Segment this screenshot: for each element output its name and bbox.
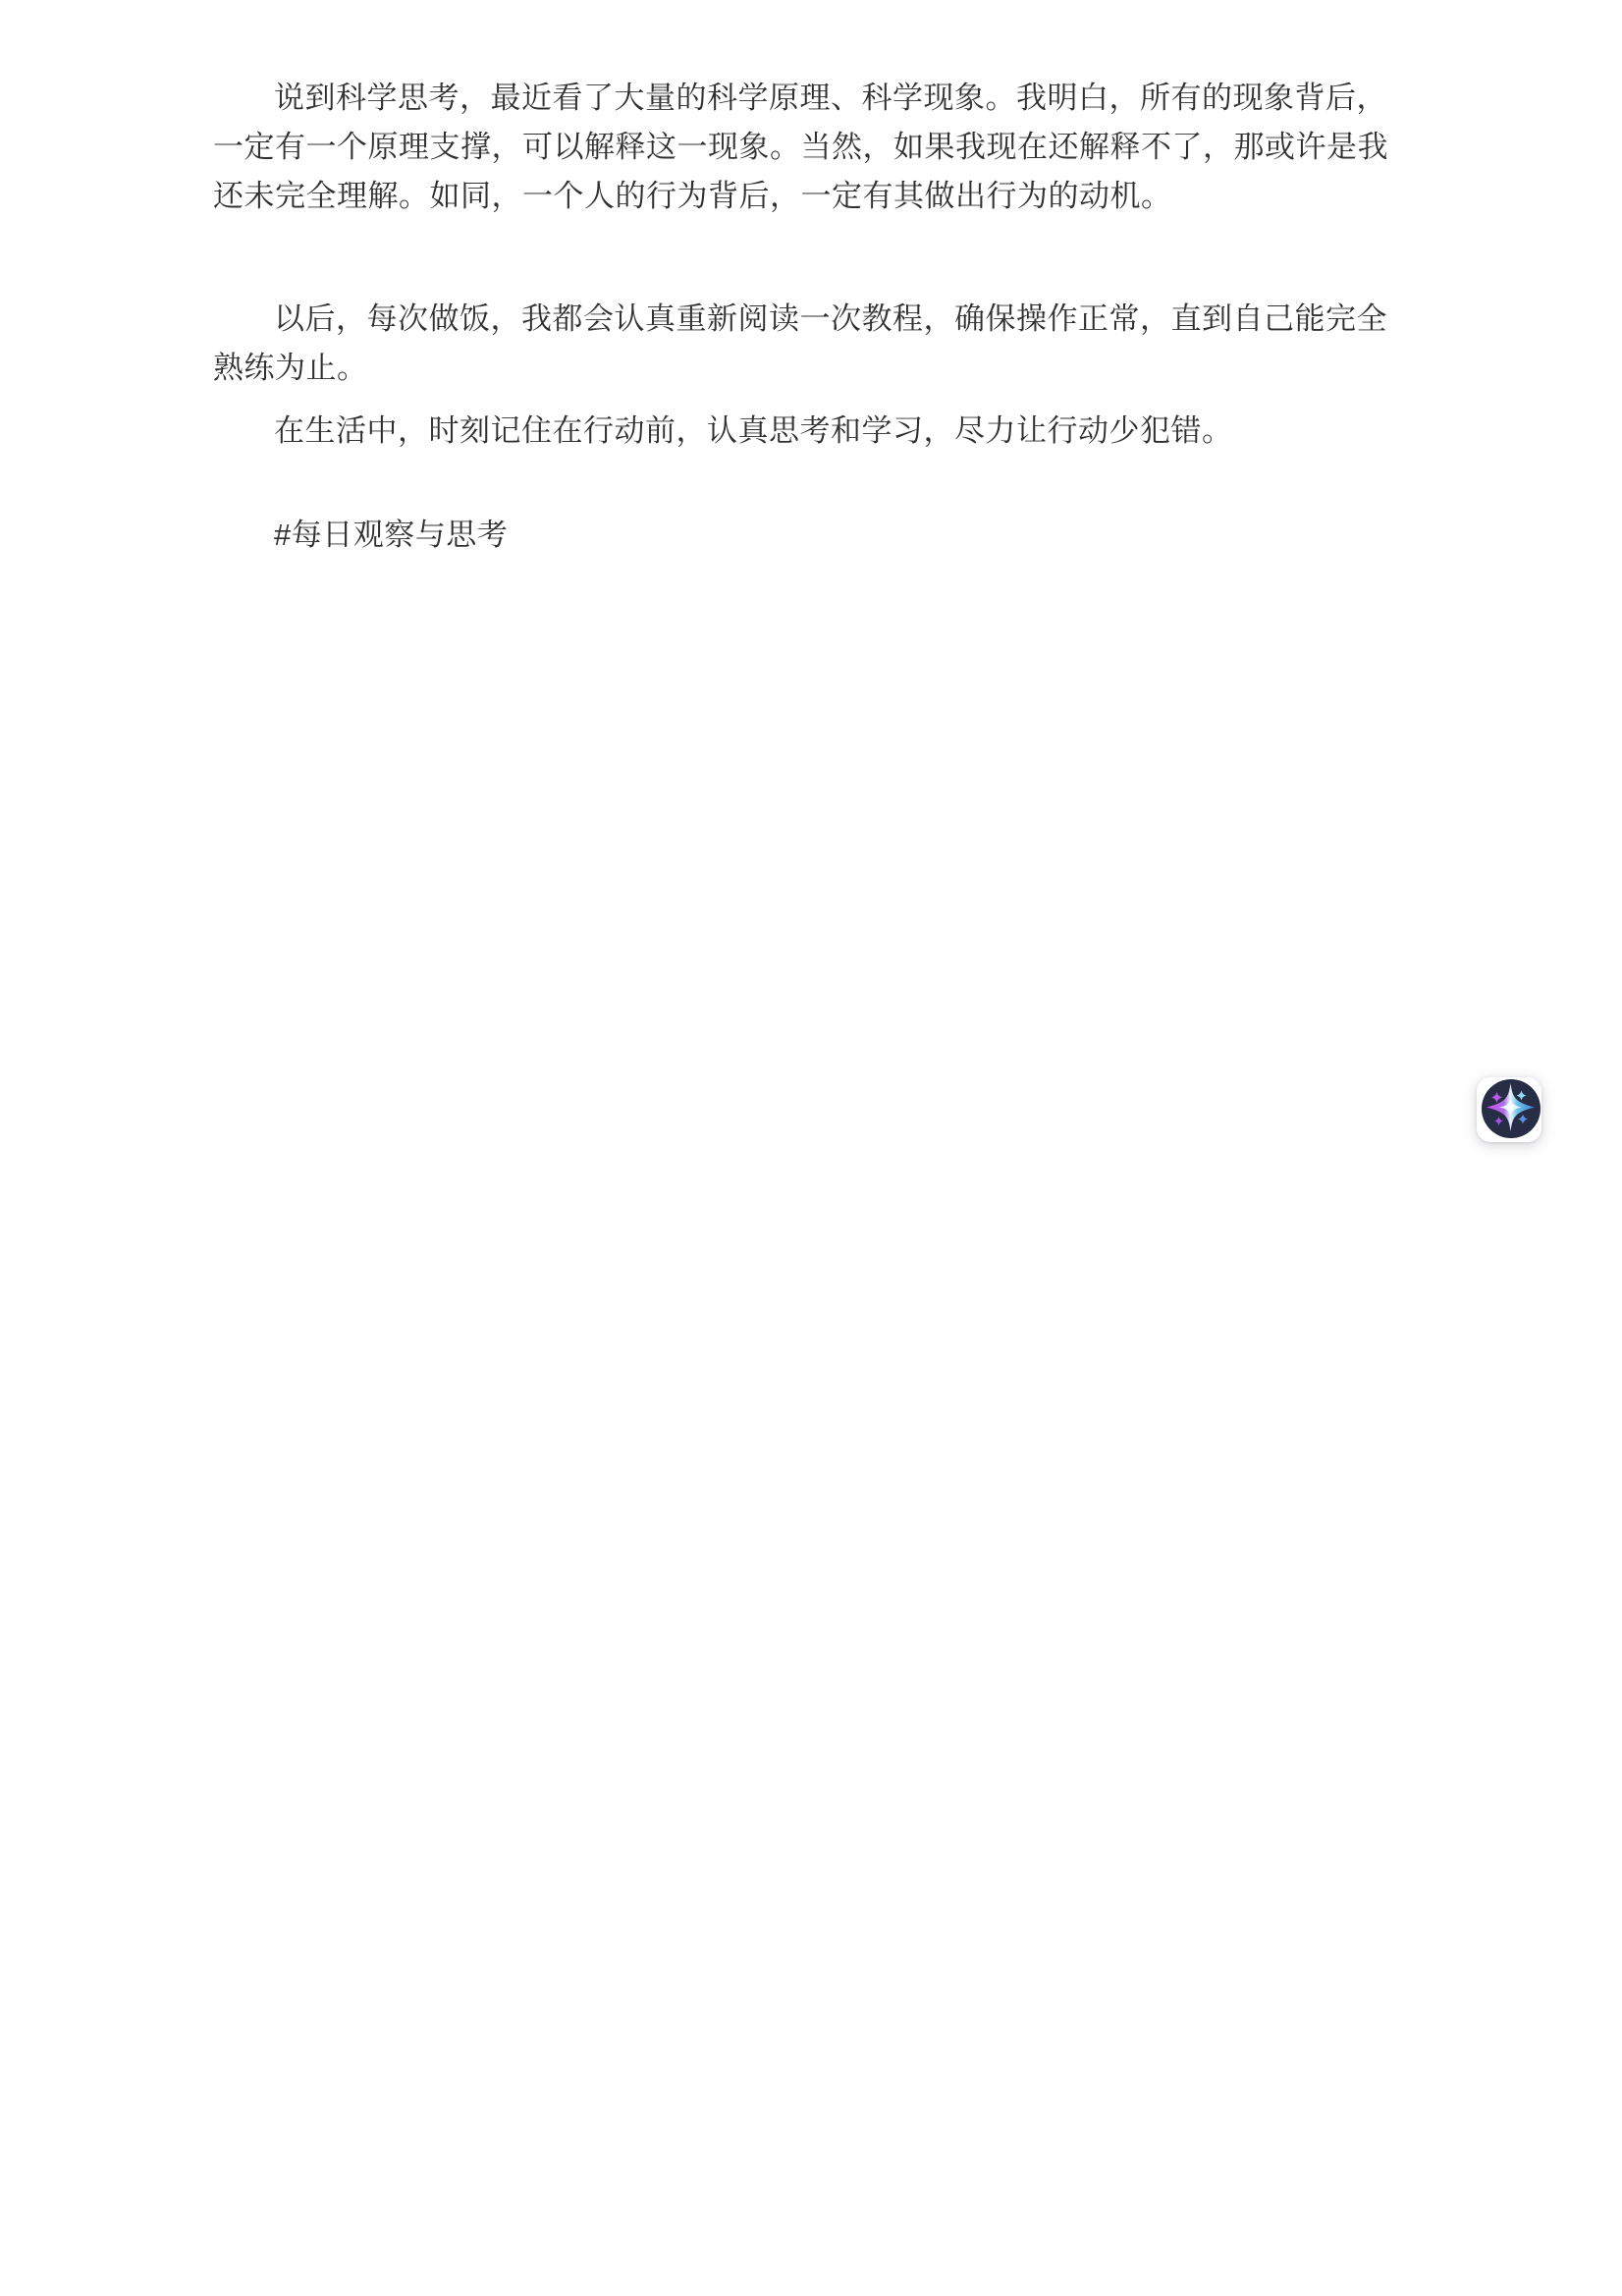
document-body: 说到科学思考，最近看了大量的科学原理、科学现象。我明白，所有的现象背后， 一定有… (213, 74, 1413, 560)
text-line: 一定有一个原理支撑，可以解释这一现象。当然，如果我现在还解释不了，那或许是我 (213, 123, 1413, 172)
hashtag: #每日观察与思考 (213, 511, 1413, 560)
text-line: 以后，每次做饭，我都会认真重新阅读一次教程，确保操作正常，直到自己能完全 (213, 295, 1413, 344)
document-page: 说到科学思考，最近看了大量的科学原理、科学现象。我明白，所有的现象背后， 一定有… (0, 0, 1622, 2296)
paragraph: #每日观察与思考 (213, 511, 1413, 560)
text-line: 在生活中，时刻记住在行动前，认真思考和学习，尽力让行动少犯错。 (213, 407, 1413, 456)
paragraph: 说到科学思考，最近看了大量的科学原理、科学现象。我明白，所有的现象背后， 一定有… (213, 74, 1413, 221)
ai-assistant-button[interactable] (1477, 1077, 1541, 1142)
paragraph: 以后，每次做饭，我都会认真重新阅读一次教程，确保操作正常，直到自己能完全 熟练为… (213, 295, 1413, 393)
text-line: 还未完全理解。如同，一个人的行为背后，一定有其做出行为的动机。 (213, 172, 1413, 221)
paragraph: 在生活中，时刻记住在行动前，认真思考和学习，尽力让行动少犯错。 (213, 407, 1413, 456)
text-line: 熟练为止。 (213, 344, 1413, 393)
text-line: 说到科学思考，最近看了大量的科学原理、科学现象。我明白，所有的现象背后， (213, 74, 1413, 123)
